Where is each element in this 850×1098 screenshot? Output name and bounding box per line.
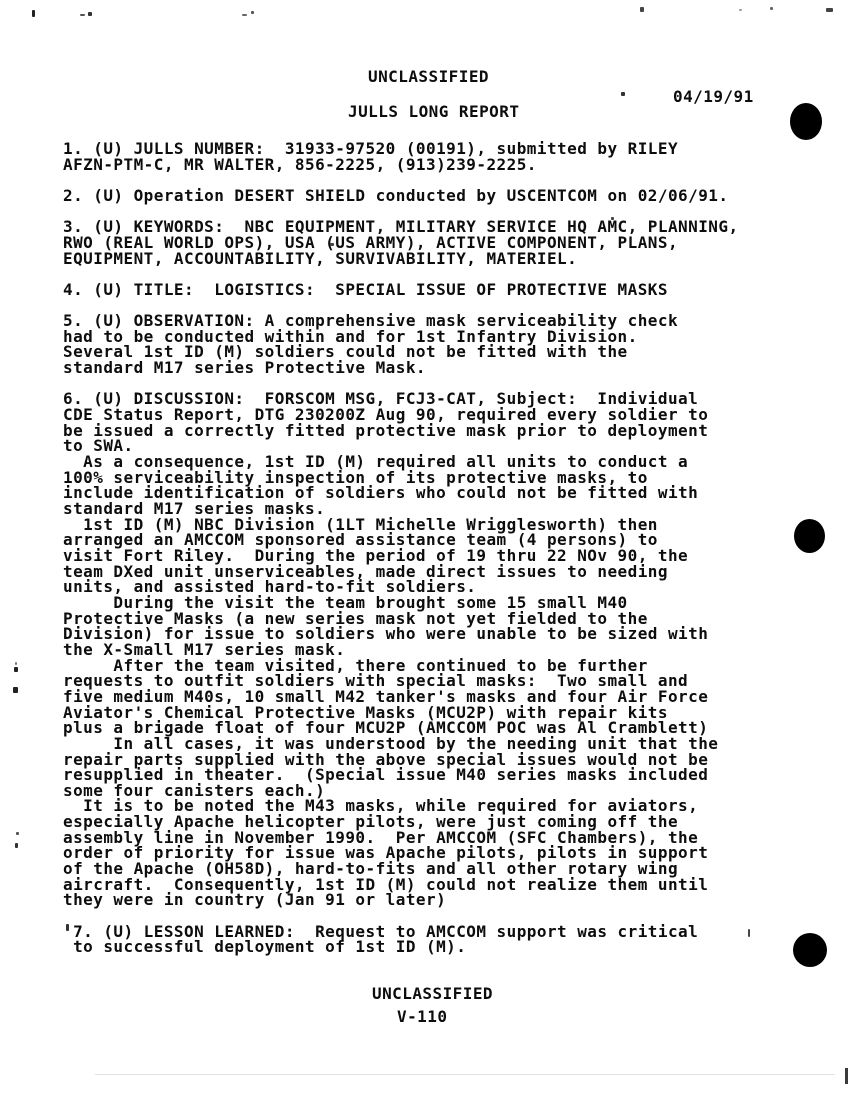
paragraph-operation: 2. (U) Operation DESERT SHIELD conducted… (63, 188, 739, 204)
hole-punch-dot-top (790, 103, 822, 140)
scan-speck (739, 9, 742, 11)
scan-artifact-line (95, 1074, 835, 1075)
scan-speck (826, 8, 833, 12)
scan-speck (14, 667, 18, 672)
scan-speck (251, 11, 254, 14)
paragraph-lesson-learned: 7. (U) LESSON LEARNED: Request to AMCCOM… (63, 924, 739, 955)
scan-speck (15, 843, 18, 848)
scan-speck (16, 832, 19, 835)
scan-speck (13, 687, 18, 693)
scan-speck (748, 929, 750, 937)
report-body: 1. (U) JULLS NUMBER: 31933-97520 (00191)… (63, 141, 739, 971)
page-title: JULLS LONG REPORT (348, 104, 519, 120)
scan-speck (611, 217, 614, 220)
paragraph-julls-number: 1. (U) JULLS NUMBER: 31933-97520 (00191)… (63, 141, 739, 172)
scan-artifact-edge (845, 1068, 848, 1084)
classification-footer: UNCLASSIFIED (372, 986, 493, 1002)
scan-speck (80, 14, 85, 16)
document-page: UNCLASSIFIED 04/19/91 JULLS LONG REPORT … (0, 0, 850, 1098)
scan-speck (88, 12, 92, 16)
scan-speck (640, 7, 644, 12)
scan-speck (330, 243, 334, 246)
scan-speck (770, 7, 773, 10)
paragraph-discussion: 6. (U) DISCUSSION: FORSCOM MSG, FCJ3-CAT… (63, 391, 739, 908)
paragraph-title: 4. (U) TITLE: LOGISTICS: SPECIAL ISSUE O… (63, 282, 739, 298)
scan-speck (242, 14, 247, 16)
paragraph-observation: 5. (U) OBSERVATION: A comprehensive mask… (63, 313, 739, 376)
paragraph-keywords: 3. (U) KEYWORDS: NBC EQUIPMENT, MILITARY… (63, 219, 739, 266)
scan-speck (32, 10, 35, 17)
hole-punch-dot-bottom (793, 933, 827, 967)
hole-punch-dot-middle (794, 519, 825, 553)
scan-speck (15, 662, 17, 665)
scan-speck (66, 924, 69, 931)
report-date: 04/19/91 (673, 89, 754, 105)
classification-header: UNCLASSIFIED (368, 69, 489, 85)
scan-speck (621, 92, 625, 96)
page-number: V-110 (397, 1009, 447, 1025)
